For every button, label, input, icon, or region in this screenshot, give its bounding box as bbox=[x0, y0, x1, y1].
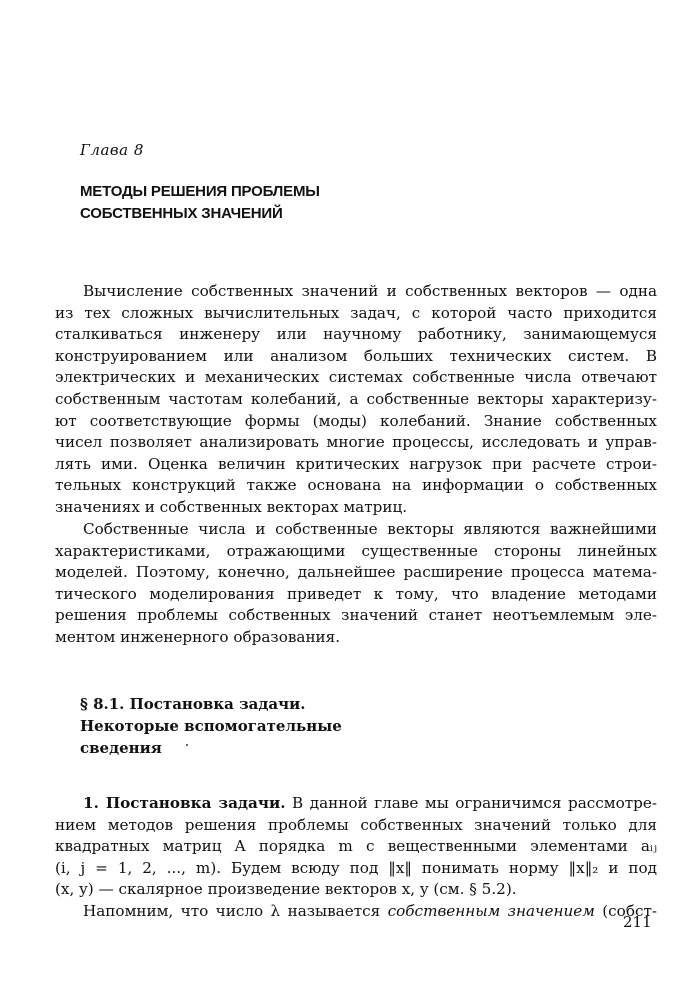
chapter-label: Глава 8 bbox=[80, 141, 144, 159]
text-line: Вычисление собственных значений и собств… bbox=[55, 281, 657, 303]
intro-paragraph-1: Вычисление собственных значений и собств… bbox=[55, 281, 657, 519]
text-line: ют соответствующие формы (моды) колебани… bbox=[55, 411, 657, 433]
book-page: Глава 8 МЕТОДЫ РЕШЕНИЯ ПРОБЛЕМЫ СОБСТВЕН… bbox=[0, 0, 690, 1000]
text-line: чисел позволяет анализировать многие про… bbox=[55, 432, 657, 454]
text-line: нием методов решения проблемы собственны… bbox=[55, 815, 657, 837]
subsection-lead: 1. Постановка задачи. bbox=[83, 794, 286, 812]
chapter-title: МЕТОДЫ РЕШЕНИЯ ПРОБЛЕМЫ СОБСТВЕННЫХ ЗНАЧ… bbox=[80, 181, 320, 225]
text-line: тического моделирования приведет к тому,… bbox=[55, 584, 657, 606]
text-line: тельных конструкций также основана на ин… bbox=[55, 475, 657, 497]
text-line: значениях и собственных векторах матриц. bbox=[55, 497, 657, 519]
text-line: Напомним, что число λ называется собстве… bbox=[55, 901, 657, 923]
chapter-title-line: СОБСТВЕННЫХ ЗНАЧЕНИЙ bbox=[80, 203, 320, 225]
text-line: 1. Постановка задачи. В данной главе мы … bbox=[55, 793, 657, 815]
text-line: электрических и механических системах со… bbox=[55, 367, 657, 389]
text-line: квадратных матриц A порядка m с веществе… bbox=[55, 836, 657, 858]
term-eigenvalue: собственным значением bbox=[388, 902, 595, 920]
text-line: лять ими. Оценка величин критических наг… bbox=[55, 454, 657, 476]
text-line: моделей. Поэтому, конечно, дальнейшее ра… bbox=[55, 562, 657, 584]
intro-paragraph-2: Собственные числа и собственные векторы … bbox=[55, 519, 657, 649]
text-line: Собственные числа и собственные векторы … bbox=[55, 519, 657, 541]
chapter-title-line: МЕТОДЫ РЕШЕНИЯ ПРОБЛЕМЫ bbox=[80, 181, 320, 203]
text-line: конструированием или анализом больших те… bbox=[55, 346, 657, 368]
text-line: из тех сложных вычислительных задач, с к… bbox=[55, 303, 657, 325]
text-line: сталкиваться инженеру или научному работ… bbox=[55, 324, 657, 346]
page-number: 211 bbox=[623, 913, 652, 931]
text-line: ментом инженерного образования. bbox=[55, 627, 657, 649]
subsection-1-paragraph: 1. Постановка задачи. В данной главе мы … bbox=[55, 793, 657, 923]
text-line: (x, y) — скалярное произведение векторов… bbox=[55, 879, 657, 901]
text-line: собственным частотам колебаний, а собств… bbox=[55, 389, 657, 411]
section-heading-line: Некоторые вспомогательные bbox=[80, 715, 342, 737]
stray-dot bbox=[186, 744, 188, 746]
text-line: характеристиками, отражающими существенн… bbox=[55, 541, 657, 563]
text-line: решения проблемы собственных значений ст… bbox=[55, 605, 657, 627]
section-heading-line: § 8.1. Постановка задачи. bbox=[80, 693, 342, 715]
section-heading-line: сведения bbox=[80, 737, 342, 759]
section-heading: § 8.1. Постановка задачи. Некоторые вспо… bbox=[80, 693, 342, 759]
text-line: (i, j = 1, 2, ..., m). Будем всюду под ‖… bbox=[55, 858, 657, 880]
